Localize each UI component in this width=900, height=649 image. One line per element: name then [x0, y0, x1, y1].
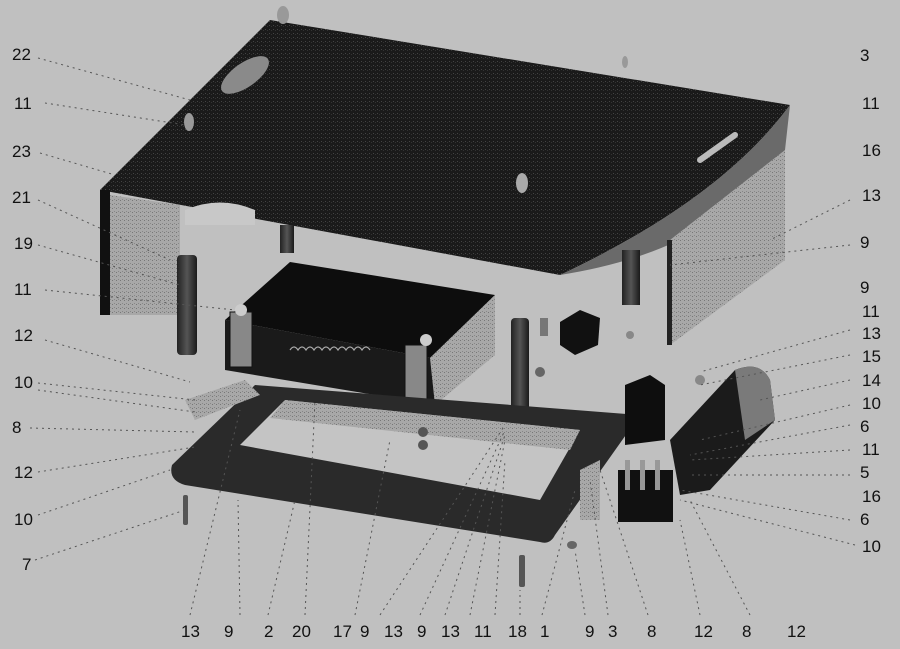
- callout-right-1: 11: [862, 95, 880, 112]
- callout-left-4: 19: [14, 235, 33, 252]
- callout-bottom-17: 12: [787, 623, 806, 640]
- callout-bottom-10: 18: [508, 623, 527, 640]
- callout-bottom-13: 3: [608, 623, 617, 640]
- callout-left-11: 7: [22, 556, 31, 573]
- callout-right-0: 3: [860, 47, 869, 64]
- callout-right-3: 13: [862, 187, 881, 204]
- callout-bottom-6: 13: [384, 623, 403, 640]
- callout-bottom-1: 9: [224, 623, 233, 640]
- callout-bottom-5: 9: [360, 623, 369, 640]
- exploded-assembly-diagram: [0, 0, 900, 649]
- callout-right-9: 14: [862, 372, 881, 389]
- callout-right-6: 11: [862, 303, 880, 320]
- callout-left-9: 12: [14, 464, 33, 481]
- callout-left-10: 10: [14, 511, 33, 528]
- callout-left-3: 21: [12, 189, 31, 206]
- callout-right-12: 11: [862, 441, 880, 458]
- callout-right-11: 6: [860, 418, 869, 435]
- callout-bottom-9: 11: [474, 623, 492, 640]
- callout-bottom-15: 12: [694, 623, 713, 640]
- standoff-center: [511, 318, 529, 418]
- callout-bottom-0: 13: [181, 623, 200, 640]
- callout-right-15: 6: [860, 511, 869, 528]
- callout-left-2: 23: [12, 143, 31, 160]
- callout-right-10: 10: [862, 395, 881, 412]
- callout-right-4: 9: [860, 234, 869, 251]
- callout-right-14: 16: [862, 488, 881, 505]
- callout-bottom-7: 9: [417, 623, 426, 640]
- callout-right-7: 13: [862, 325, 881, 342]
- callout-right-16: 10: [862, 538, 881, 555]
- callout-left-7: 10: [14, 374, 33, 391]
- connector-block: [625, 375, 665, 445]
- callout-left-6: 12: [14, 327, 33, 344]
- callout-right-2: 16: [862, 142, 881, 159]
- circuit-board: [225, 262, 495, 405]
- callout-left-5: 11: [14, 281, 32, 298]
- relay-module: [535, 310, 634, 377]
- callout-bottom-16: 8: [742, 623, 751, 640]
- motor-housing: [670, 367, 775, 495]
- callout-left-0: 22: [12, 46, 31, 63]
- callout-right-8: 15: [862, 348, 881, 365]
- base-frame: [171, 380, 640, 587]
- callout-bottom-12: 9: [585, 623, 594, 640]
- callout-bottom-3: 20: [292, 623, 311, 640]
- callout-bottom-11: 1: [540, 623, 549, 640]
- callout-bottom-2: 2: [264, 623, 273, 640]
- callout-right-5: 9: [860, 279, 869, 296]
- callout-right-13: 5: [860, 464, 869, 481]
- callout-bottom-14: 8: [647, 623, 656, 640]
- standoff-left: [177, 255, 197, 355]
- callout-left-8: 8: [12, 419, 21, 436]
- callout-bottom-4: 17: [333, 623, 352, 640]
- callout-bottom-8: 13: [441, 623, 460, 640]
- callout-left-1: 11: [14, 95, 32, 112]
